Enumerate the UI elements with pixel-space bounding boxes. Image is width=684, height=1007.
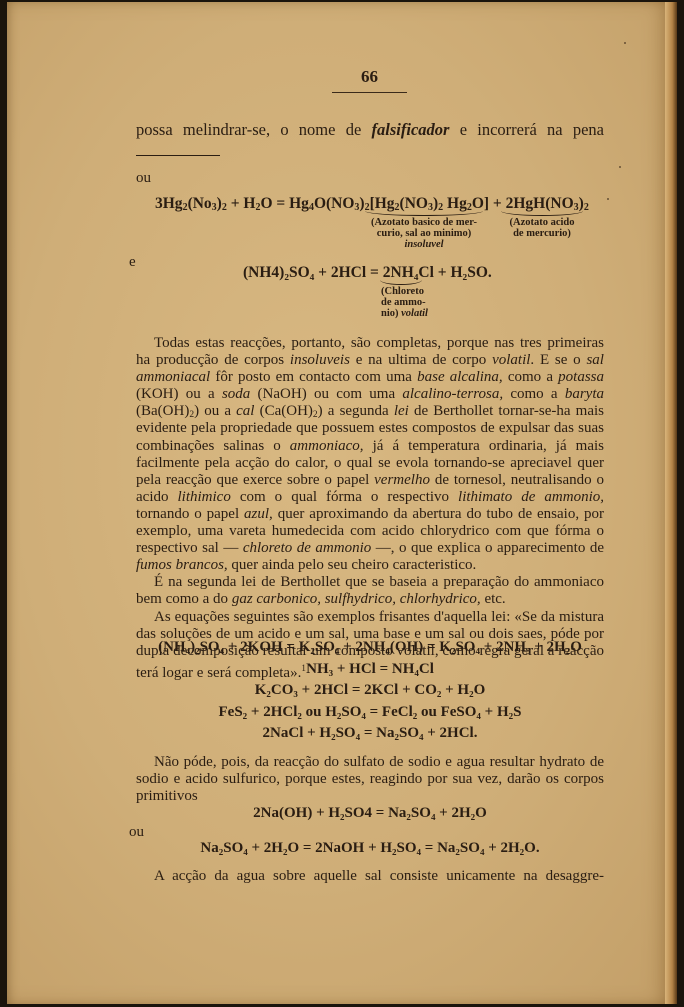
underbrace bbox=[501, 211, 583, 216]
book-page: 66 possa melindrar-se, o nome de falsifi… bbox=[7, 2, 677, 1004]
underbrace bbox=[365, 211, 483, 216]
annotation-acid-nitrate: (Azotato acido de mercurio) bbox=[497, 217, 587, 239]
annotation-basic-nitrate: (Azotato basico de mer- curio, sal ao mi… bbox=[359, 217, 489, 250]
paragraph-water-action: A acção da agua sobre aquelle sal consis… bbox=[136, 868, 604, 885]
top-line-italic: falsificador bbox=[372, 120, 450, 139]
paragraph-reactions: Todas estas reacções, portanto, são comp… bbox=[136, 335, 604, 682]
top-line-text-end: e incorrerá na pena bbox=[449, 120, 604, 139]
equation-line: (NH₄)₂SO₄ + 2KOH = K₂SO₄ + 2NH₄(OH) = K₂… bbox=[136, 637, 604, 659]
top-line: possa melindrar-se, o nome de falsificad… bbox=[136, 120, 604, 140]
annotation-ammonium-chloride: (Chloreto de ammo- nio) volatil bbox=[381, 286, 431, 319]
equation-sodium-sulfate-water: Na₂SO₄ + 2H₂O = 2NaOH + H₂SO₄ = Na₂SO₄ +… bbox=[136, 838, 604, 860]
equation-line: 2NaCl + H₂SO₄ = Na₂SO₄ + 2HCl. bbox=[136, 723, 604, 745]
connector-ou: ou bbox=[136, 170, 151, 187]
equation-line: NH₃ + HCl = NH₄Cl bbox=[136, 659, 604, 681]
equation-line: K₂CO₃ + 2HCl = 2KCl + CO₂ + H₂O bbox=[136, 680, 604, 702]
connector-e: e bbox=[129, 254, 136, 271]
equation-sodium-hydroxide: 2Na(OH) + H₂SO4 = Na₂SO₄ + 2H₂O bbox=[136, 803, 604, 825]
paragraph-sodium-sulfate: Não póde, pois, da reacção do sulfato de… bbox=[136, 754, 604, 805]
paper-speck bbox=[624, 42, 626, 44]
top-line-text: possa melindrar-se, o nome de bbox=[136, 120, 372, 139]
paper-speck bbox=[607, 198, 609, 200]
equations-block: (NH₄)₂SO₄ + 2KOH = K₂SO₄ + 2NH₄(OH) = K₂… bbox=[136, 637, 604, 745]
equation-ammonium-sulfate: (NH4)₂SO₄ + 2HCl = 2NH₄Cl + H₂SO. bbox=[243, 264, 492, 282]
underbrace bbox=[380, 280, 422, 285]
equation-line: 2Na(OH) + H₂SO4 = Na₂SO₄ + 2H₂O bbox=[136, 803, 604, 825]
paper-speck bbox=[619, 166, 621, 168]
section-rule bbox=[136, 155, 220, 156]
equation-line: FeS₂ + 2HCl₂ ou H₂SO₄ = FeCl₂ ou FeSO₄ +… bbox=[136, 702, 604, 724]
equation-line: Na₂SO₄ + 2H₂O = 2NaOH + H₂SO₄ = Na₂SO₄ +… bbox=[136, 838, 604, 860]
page-number: 66 bbox=[332, 68, 407, 93]
